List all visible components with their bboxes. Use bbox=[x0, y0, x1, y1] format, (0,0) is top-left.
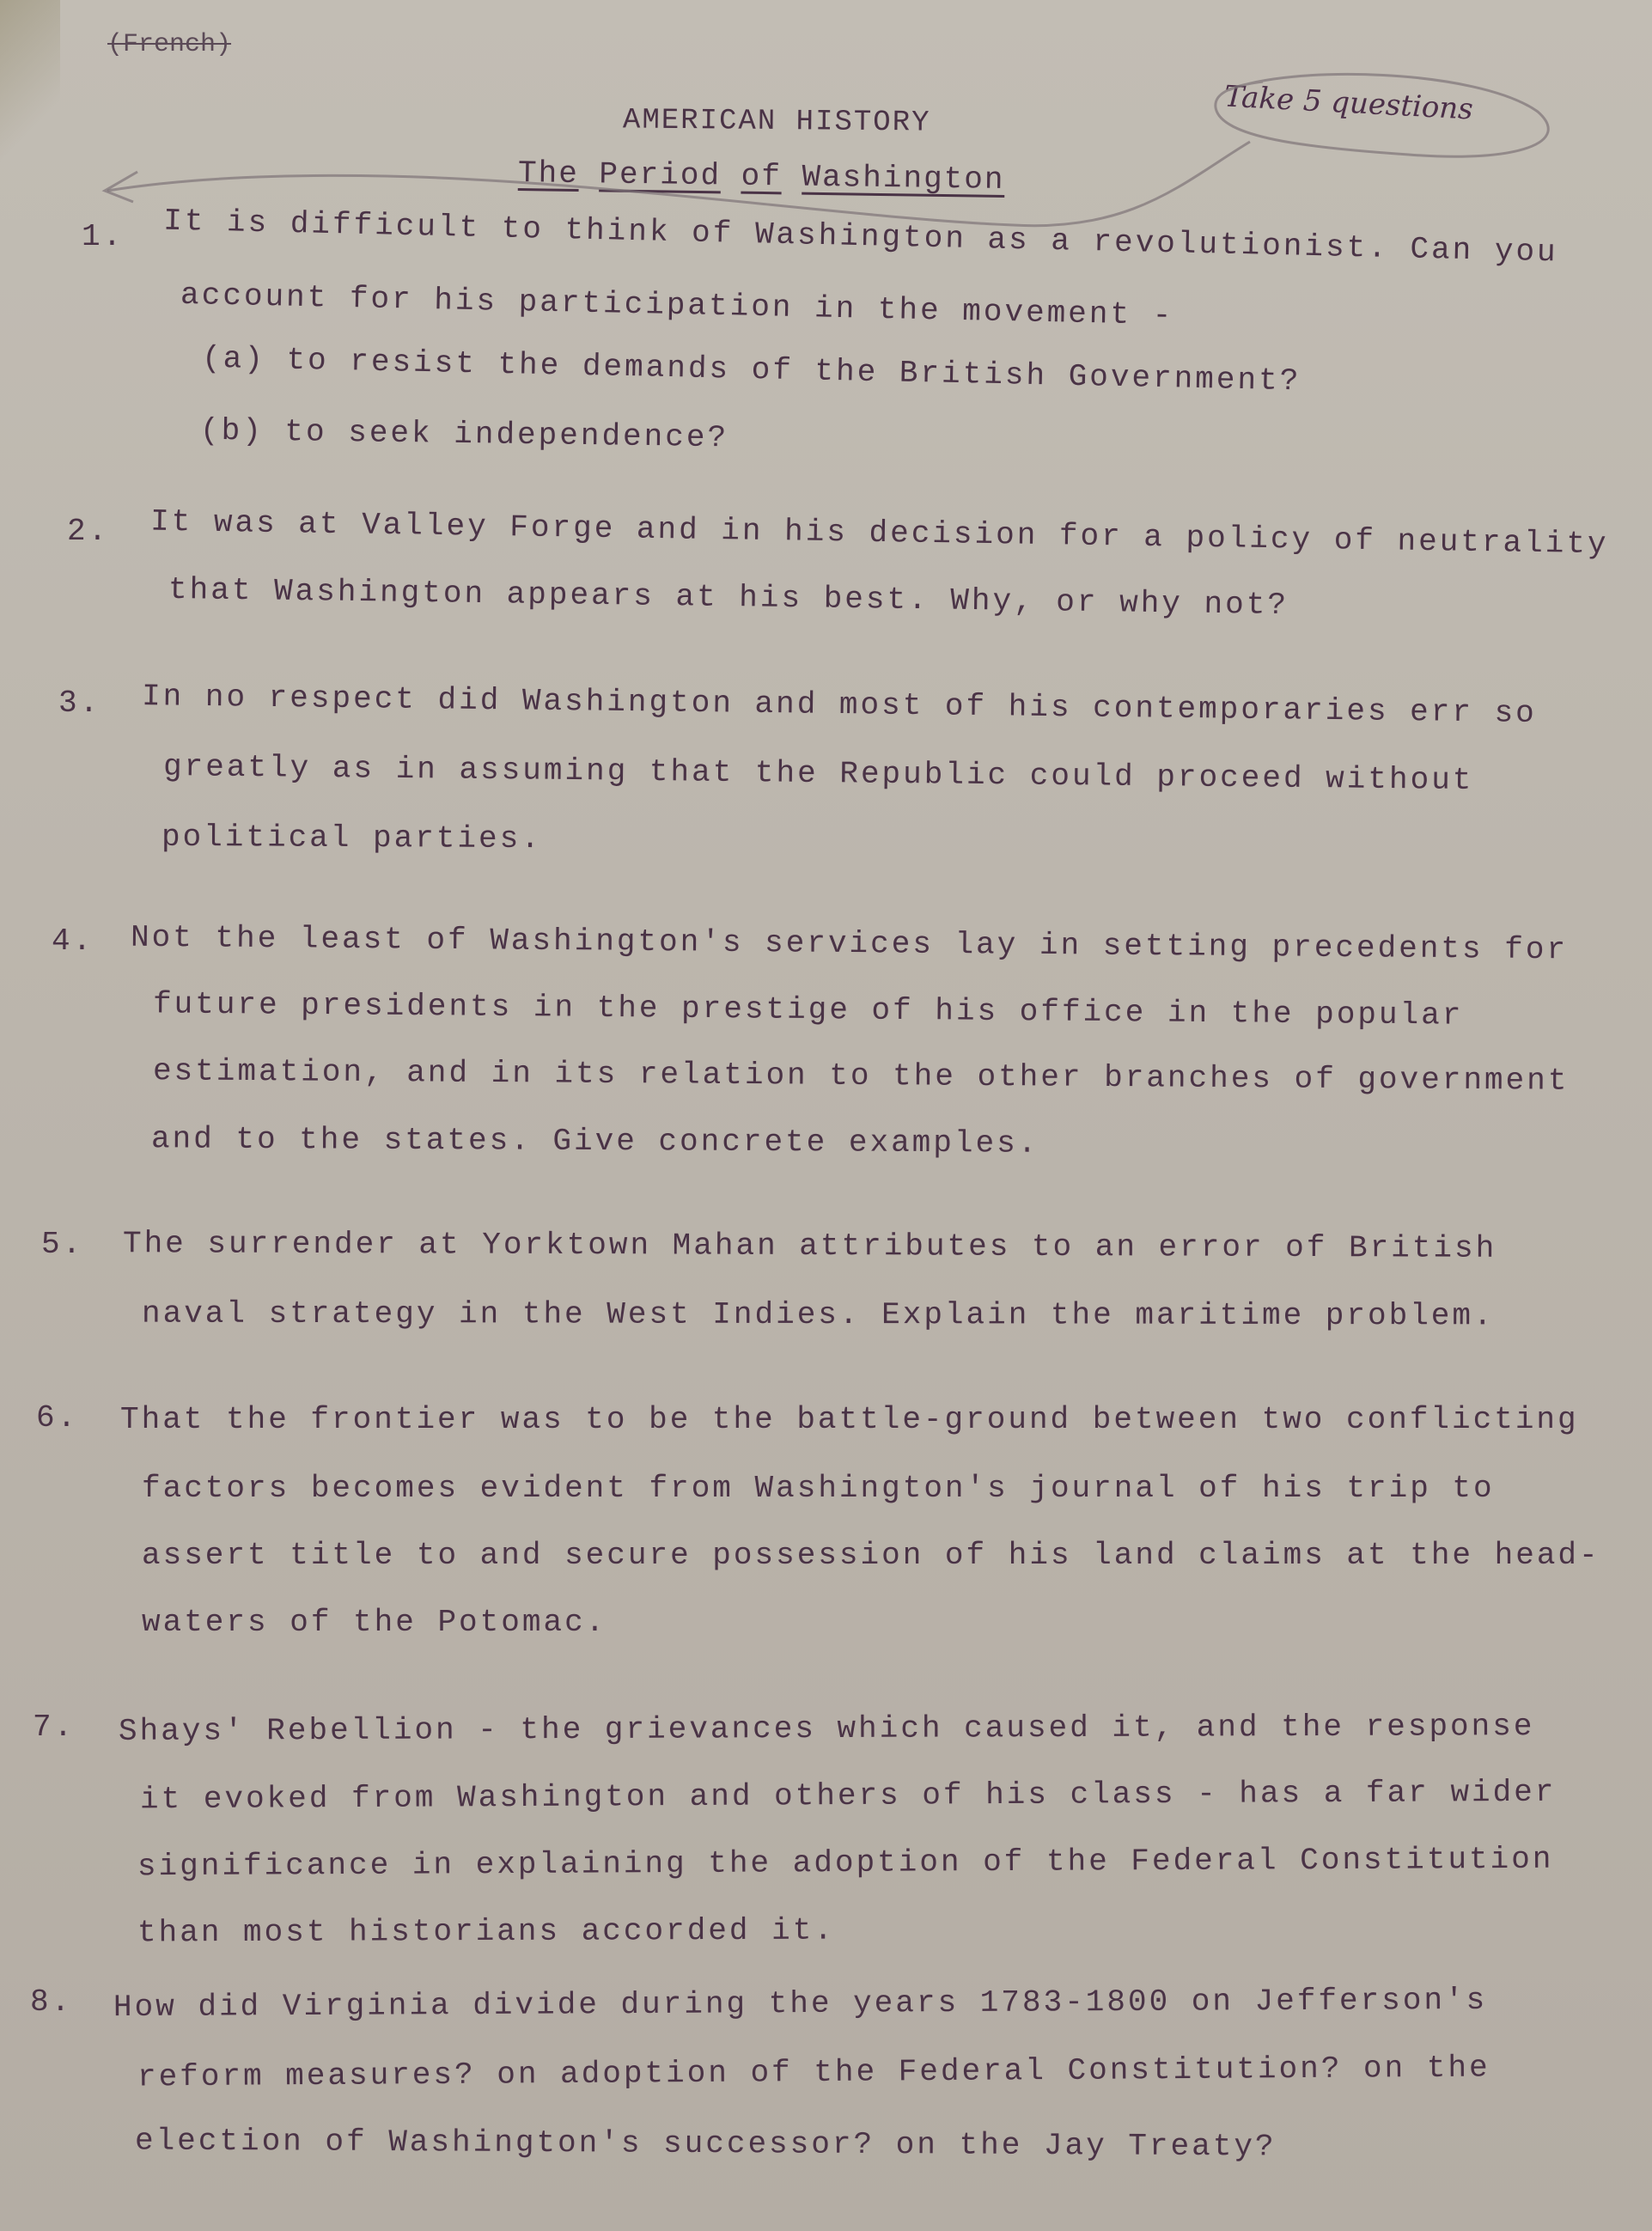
question-number: 3. bbox=[58, 686, 101, 721]
question-number: 1. bbox=[82, 219, 124, 254]
subtitle-word: of bbox=[741, 159, 782, 195]
question-line: The surrender at Yorktown Mahan attribut… bbox=[123, 1226, 1497, 1266]
question-line: political parties. bbox=[162, 820, 542, 856]
question-subpart: (b) to seek independence? bbox=[200, 413, 729, 456]
question-line: reform measures? on adoption of the Fede… bbox=[137, 2051, 1490, 2095]
question-line: It is difficult to think of Washington a… bbox=[163, 204, 1558, 271]
question-number: 5. bbox=[41, 1227, 83, 1262]
question-line: It was at Valley Forge and in his decisi… bbox=[150, 504, 1609, 563]
question-line: greatly as in assuming that the Republic… bbox=[163, 749, 1474, 798]
subtitle-word: Period bbox=[599, 156, 721, 193]
question-number: 6. bbox=[36, 1400, 78, 1436]
page-edge-shadow bbox=[0, 0, 60, 172]
question-line: assert title to and secure possession of… bbox=[142, 1538, 1600, 1573]
subtitle-word: The bbox=[518, 155, 579, 192]
question-subpart: (a) to resist the demands of the British… bbox=[202, 341, 1301, 399]
question-number: 2. bbox=[67, 514, 109, 549]
question-line: election of Washington's successor? on t… bbox=[135, 2124, 1277, 2165]
page-title: AMERICAN HISTORY bbox=[623, 104, 931, 139]
header-tag: (French) bbox=[107, 30, 231, 59]
question-line: it evoked from Washington and others of … bbox=[140, 1775, 1557, 1818]
question-line: factors becomes evident from Washington'… bbox=[142, 1471, 1495, 1506]
handwritten-note: Take 5 questions bbox=[1223, 79, 1474, 126]
exam-page: (French) AMERICAN HISTORY The Period of … bbox=[0, 0, 1652, 2231]
question-number: 4. bbox=[52, 923, 94, 959]
pencil-annotation-loop bbox=[0, 0, 1652, 2231]
question-line: than most historians accorded it. bbox=[137, 1913, 835, 1951]
question-line: estimation, and in its relation to the o… bbox=[153, 1053, 1570, 1099]
question-line: How did Virginia divide during the years… bbox=[113, 1983, 1487, 2025]
question-line: that Washington appears at his best. Why… bbox=[168, 572, 1289, 623]
question-line: account for his participation in the mov… bbox=[180, 277, 1174, 333]
question-number: 7. bbox=[33, 1710, 75, 1745]
question-line: Shays' Rebellion - the grievances which … bbox=[119, 1709, 1535, 1749]
question-line: significance in explaining the adoption … bbox=[137, 1842, 1554, 1885]
question-line: naval strategy in the West Indies. Expla… bbox=[142, 1296, 1495, 1334]
question-line: In no respect did Washington and most of… bbox=[142, 679, 1537, 731]
question-line: Not the least of Washington's services l… bbox=[131, 920, 1568, 968]
question-number: 8. bbox=[30, 1984, 72, 2020]
subtitle-word: Washington bbox=[802, 160, 1005, 198]
question-line: future presidents in the prestige of his… bbox=[153, 986, 1464, 1033]
question-line: and to the states. Give concrete example… bbox=[151, 1121, 1039, 1161]
question-line: waters of the Potomac. bbox=[142, 1605, 607, 1640]
question-line: That the frontier was to be the battle-g… bbox=[120, 1402, 1579, 1437]
page-subtitle: The Period of Washington bbox=[518, 155, 1005, 198]
